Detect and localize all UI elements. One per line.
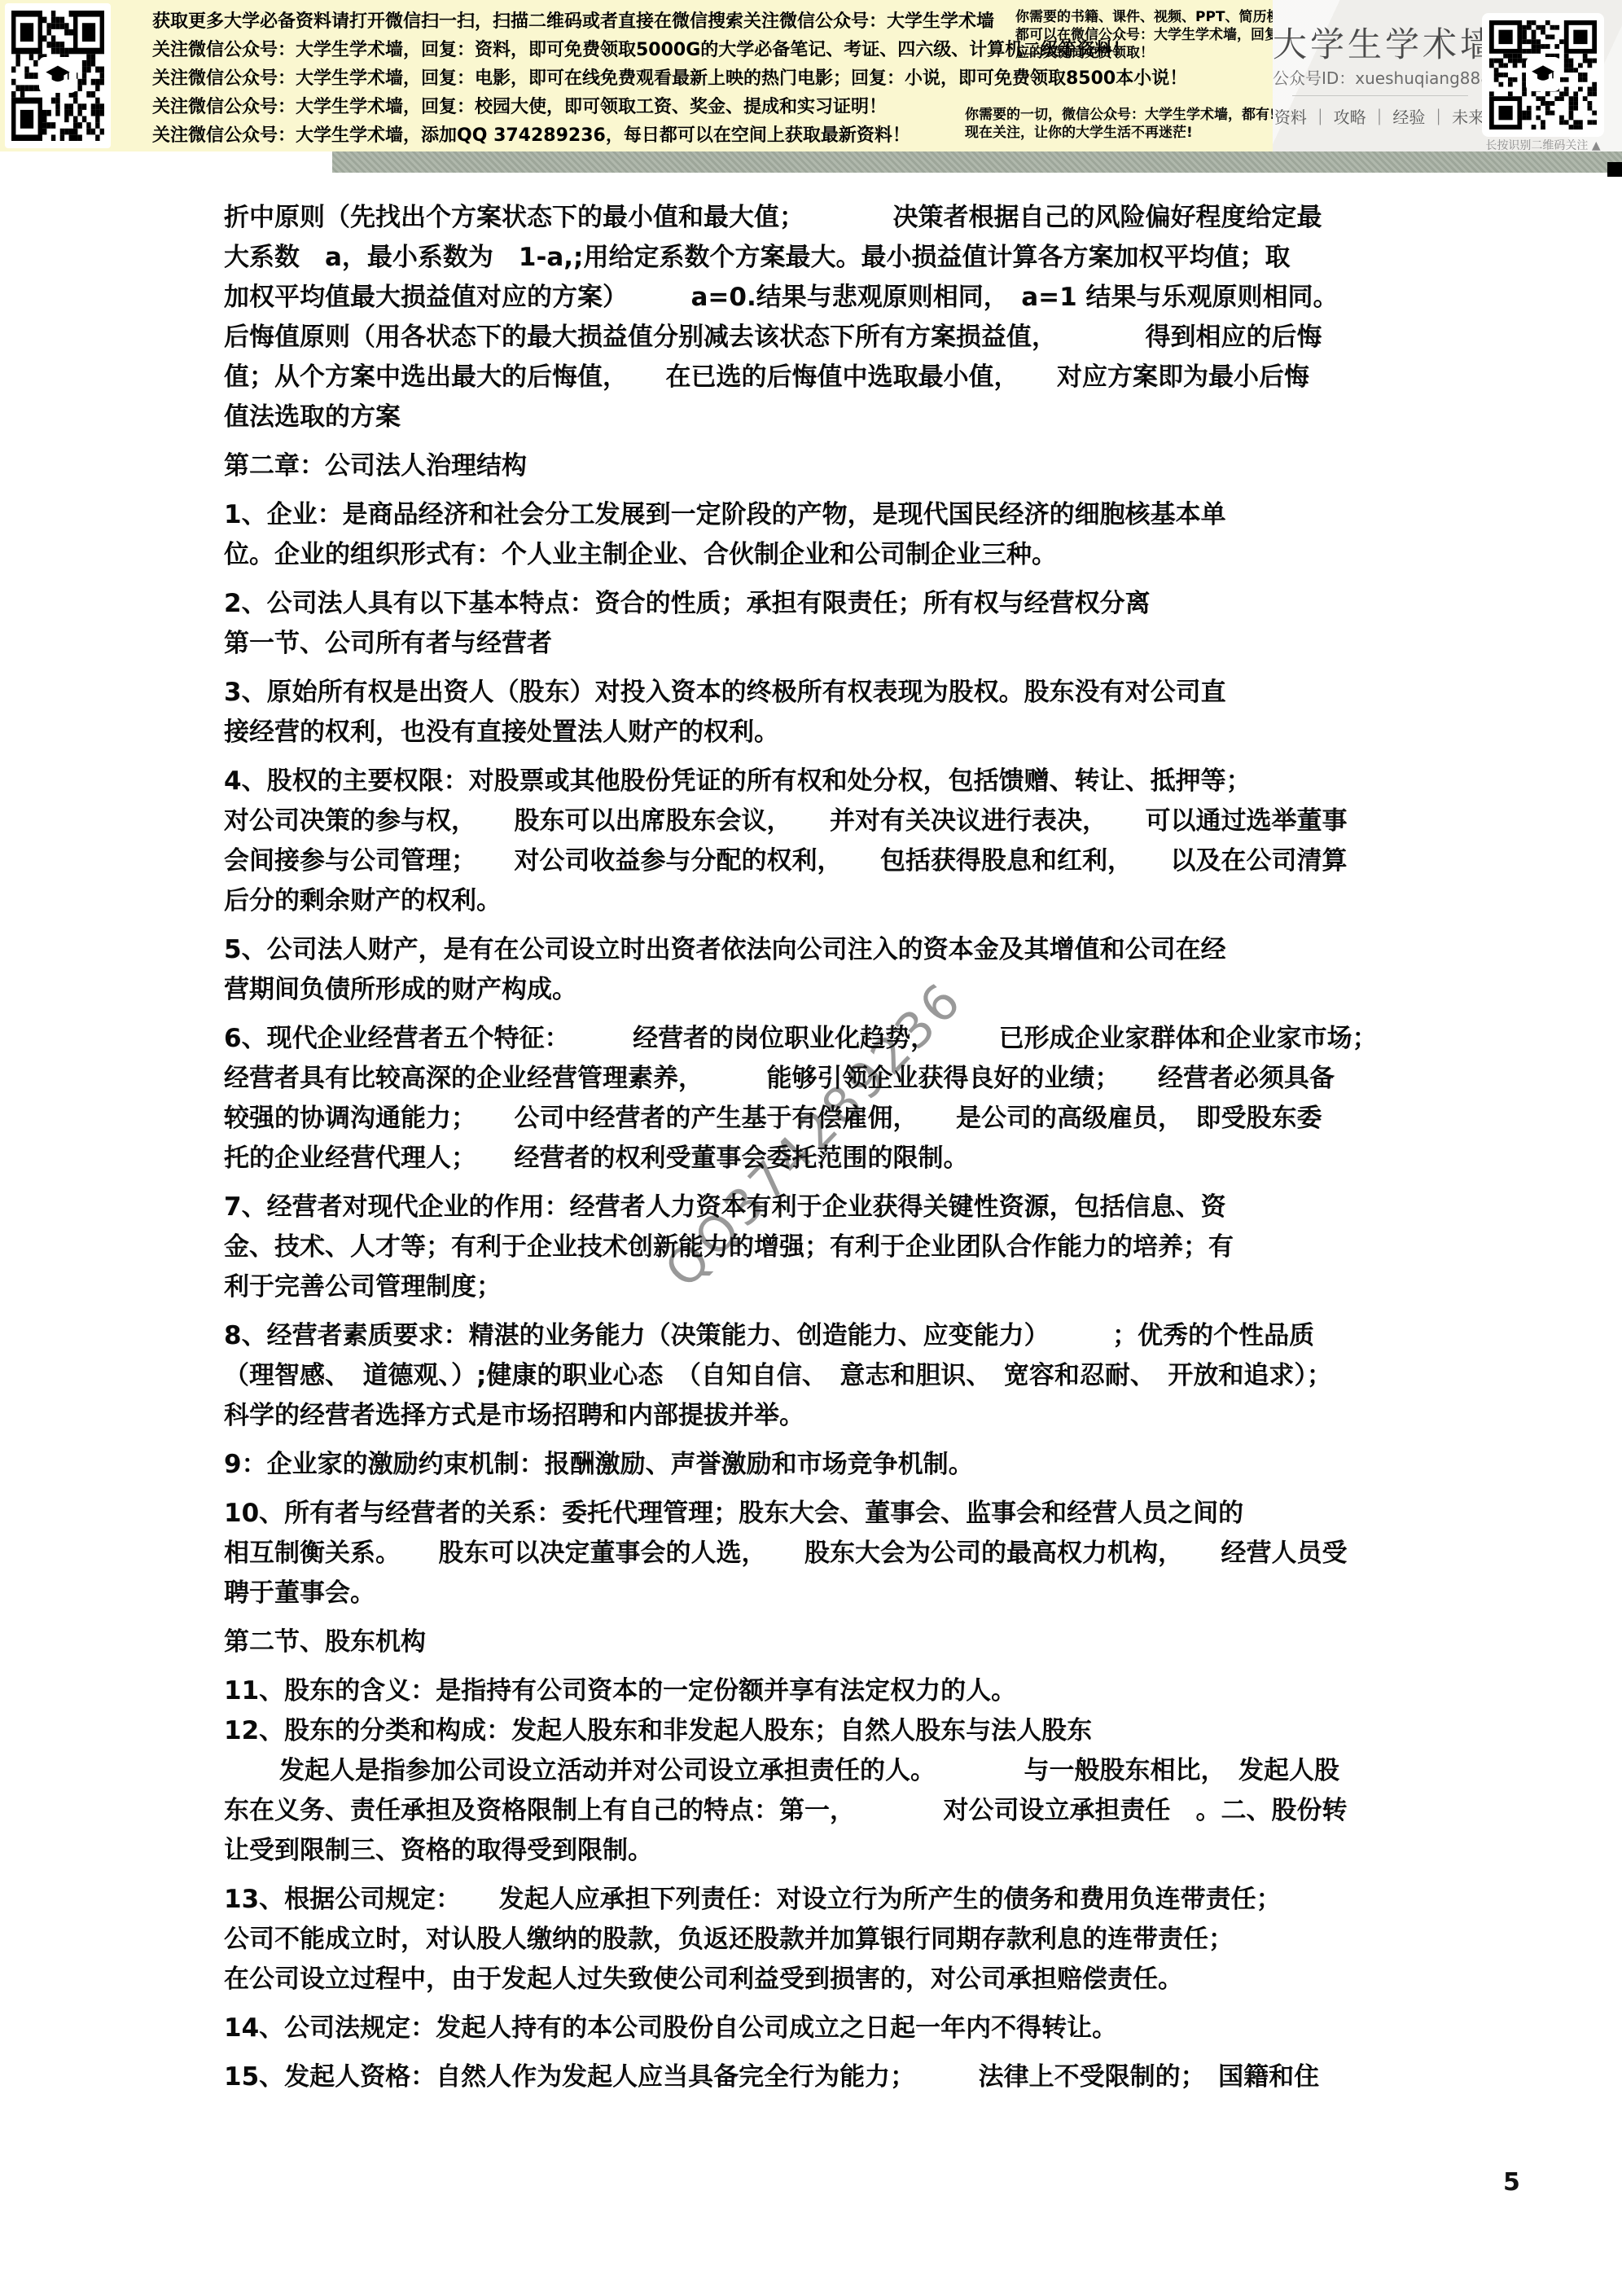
text-line: 你需要的书籍、课件、视频、PPT、简历模板	[1015, 8, 1295, 26]
document-line: 6、现代企业经营者五个特征： 经营者的岗位职业化趋势， 已形成企业家群体和企业家…	[224, 1019, 1378, 1059]
document-line: 第二节、股东机构	[224, 1622, 1378, 1662]
qr-caption: 长按识别二维码关注 ▲	[1474, 137, 1612, 153]
graduation-cap-icon	[1526, 57, 1560, 91]
document-line: 后分的剩余财产的权利。	[224, 881, 1378, 921]
text-line: 现在关注，让你的大学生活不再迷茫!	[965, 124, 1276, 142]
right-qr-box	[1482, 13, 1604, 137]
account-tags: 资料 ｜ 攻略 ｜ 经验 ｜ 未来	[1273, 104, 1486, 128]
document-line: 后悔值原则（用各状态下的最大损益值分别减去该状态下所有方案损益值， 得到相应的后…	[224, 318, 1378, 358]
document-line: 会间接参与公司管理； 对公司收益参与分配的权利， 包括获得股息和红利， 以及在公…	[224, 841, 1378, 881]
text-line: 应的关键词免费领取！	[1015, 44, 1295, 62]
document-line: 大系数 a，最小系数为 1-a,;用给定系数个方案最大。最小损益值计算各方案加权…	[224, 238, 1378, 278]
document-line: 3、原始所有权是出资人（股东）对投入资本的终极所有权表现为股权。股东没有对公司直	[224, 673, 1378, 713]
text-line: 关注微信公众号：大学生学术墙，回复：电影，即可在线免费观看最新上映的热门电影；回…	[152, 64, 1187, 93]
banner-note-top: 你需要的书籍、课件、视频、PPT、简历模板都可以在微信公众号：大学生学术墙，回复…	[1015, 8, 1295, 62]
document-line: 加权平均值最大损益值对应的方案） a=0.结果与悲观原则相同， a=1 结果与乐…	[224, 278, 1378, 318]
document-line: 位。企业的组织形式有：个人业主制企业、合伙制企业和公司制企业三种。	[224, 535, 1378, 575]
document-line: 发起人是指参加公司设立活动并对公司设立承担责任的人。 与一般股东相比， 发起人股	[224, 1751, 1378, 1791]
document-line: 科学的经营者选择方式是市场招聘和内部提拔并举。	[224, 1396, 1378, 1436]
document-line: 值；从个方案中选出最大的后悔值， 在已选的后悔值中选取最小值， 对应方案即为最小…	[224, 358, 1378, 397]
document-line: 7、经营者对现代企业的作用：经营者人力资本有利于企业获得关键性资源，包括信息、资	[224, 1188, 1378, 1227]
document-line: 营期间负债所形成的财产构成。	[224, 970, 1378, 1010]
graduation-cap-icon	[39, 57, 77, 93]
document-line: 在公司设立过程中，由于发起人过失致使公司利益受到损害的，对公司承担赔偿责任。	[224, 1960, 1378, 2000]
document-line: 利于完善公司管理制度；	[224, 1267, 1378, 1307]
document-line: 10、所有者与经营者的关系：委托代理管理；股东大会、董事会、监事会和经营人员之间…	[224, 1494, 1378, 1534]
document-line: 5、公司法人财产，是有在公司设立时出资者依法向公司注入的资本金及其增值和公司在经	[224, 930, 1378, 970]
page-root: 获取更多大学必备资料请打开微信扫一扫，扫描二维码或者直接在微信搜索关注微信公众号…	[0, 0, 1622, 2296]
document-line: 14、公司法规定：发起人持有的本公司股份自公司成立之日起一年内不得转让。	[224, 2008, 1378, 2048]
account-title: 大学生学术墙	[1273, 18, 1486, 67]
document-line: 值法选取的方案	[224, 397, 1378, 437]
document-line: 东在义务、责任承担及资格限制上有自己的特点：第一， 对公司设立承担责任 。二、股…	[224, 1791, 1378, 1831]
document-line: 接经营的权利，也没有直接处置法人财产的权利。	[224, 713, 1378, 753]
page-number: 5	[1503, 2168, 1520, 2197]
document-body: 折中原则（先找出个方案状态下的最小值和最大值； 决策者根据自己的风险偏好程度给定…	[224, 198, 1378, 2097]
document-line: 较强的协调沟通能力； 公司中经营者的产生基于有偿雇佣， 是公司的高级雇员， 即受…	[224, 1099, 1378, 1139]
document-line: 托的企业经营代理人； 经营者的权利受董事会委托范围的限制。	[224, 1139, 1378, 1179]
document-line: 让受到限制三、资格的取得受到限制。	[224, 1831, 1378, 1871]
document-line: 对公司决策的参与权， 股东可以出席股东会议， 并对有关决议进行表决， 可以通过选…	[224, 801, 1378, 841]
document-line: 4、股权的主要权限：对股票或其他股份凭证的所有权和处分权，包括馈赠、转让、抵押等…	[224, 762, 1378, 801]
document-line: 11、股东的含义：是指持有公司资本的一定份额并享有法定权力的人。	[224, 1671, 1378, 1711]
text-line: 都可以在微信公众号：大学生学术墙，回复相	[1015, 26, 1295, 44]
document-line: 1、企业：是商品经济和社会分工发展到一定阶段的产物，是现代国民经济的细胞核基本单	[224, 495, 1378, 535]
edge-mark	[1607, 162, 1622, 177]
document-line: 折中原则（先找出个方案状态下的最小值和最大值； 决策者根据自己的风险偏好程度给定…	[224, 198, 1378, 238]
document-line: 经营者具有比较高深的企业经营管理素养， 能够引领企业获得良好的业绩； 经营者必须…	[224, 1059, 1378, 1099]
document-line: 12、股东的分类和构成：发起人股东和非发起人股东；自然人股东与法人股东	[224, 1711, 1378, 1751]
document-line: 聘于董事会。	[224, 1574, 1378, 1613]
document-line: 2、公司法人具有以下基本特点：资合的性质；承担有限责任；所有权与经营权分离	[224, 584, 1378, 624]
document-line: 第一节、公司所有者与经营者	[224, 624, 1378, 664]
document-line: 13、根据公司规定： 发起人应承担下列责任：对设立行为所产生的债务和费用负连带责…	[224, 1880, 1378, 1920]
left-qr-box	[5, 3, 111, 148]
document-line: （理智感、 道德观、）;健康的职业心态 （自知自信、 意志和胆识、 宽容和忍耐、…	[224, 1356, 1378, 1396]
banner-note-bottom: 你需要的一切，微信公众号：大学生学术墙，都有!现在关注，让你的大学生活不再迷茫!	[965, 106, 1276, 142]
promo-banner: 获取更多大学必备资料请打开微信扫一扫，扫描二维码或者直接在微信搜索关注微信公众号…	[0, 0, 1273, 151]
document-line: 金、技术、人才等；有利于企业技术创新能力的增强；有利于企业团队合作能力的培养；有	[224, 1227, 1378, 1267]
document-line: 公司不能成立时，对认股人缴纳的股款，负返还股款并加算银行同期存款利息的连带责任；	[224, 1920, 1378, 1960]
account-id: 公众号ID：xueshuqiang8888	[1273, 65, 1486, 89]
document-line: 15、发起人资格：自然人作为发起人应当具备完全行为能力； 法律上不受限制的； 国…	[224, 2057, 1378, 2097]
document-line: 8、经营者素质要求：精湛的业务能力（决策能力、创造能力、应变能力） ；优秀的个性…	[224, 1316, 1378, 1356]
document-line: 9：企业家的激励约束机制：报酬激励、声誉激励和市场竞争机制。	[224, 1445, 1378, 1485]
account-card: 大学生学术墙 公众号ID：xueshuqiang8888 资料 ｜ 攻略 ｜ 经…	[1273, 0, 1622, 151]
document-line: 相互制衡关系。 股东可以决定董事会的人选， 股东大会为公司的最高权力机构， 经营…	[224, 1534, 1378, 1574]
texture-strip	[332, 151, 1622, 173]
text-line: 你需要的一切，微信公众号：大学生学术墙，都有!	[965, 106, 1276, 124]
document-line: 第二章：公司法人治理结构	[224, 446, 1378, 486]
card-divider	[1292, 95, 1468, 96]
